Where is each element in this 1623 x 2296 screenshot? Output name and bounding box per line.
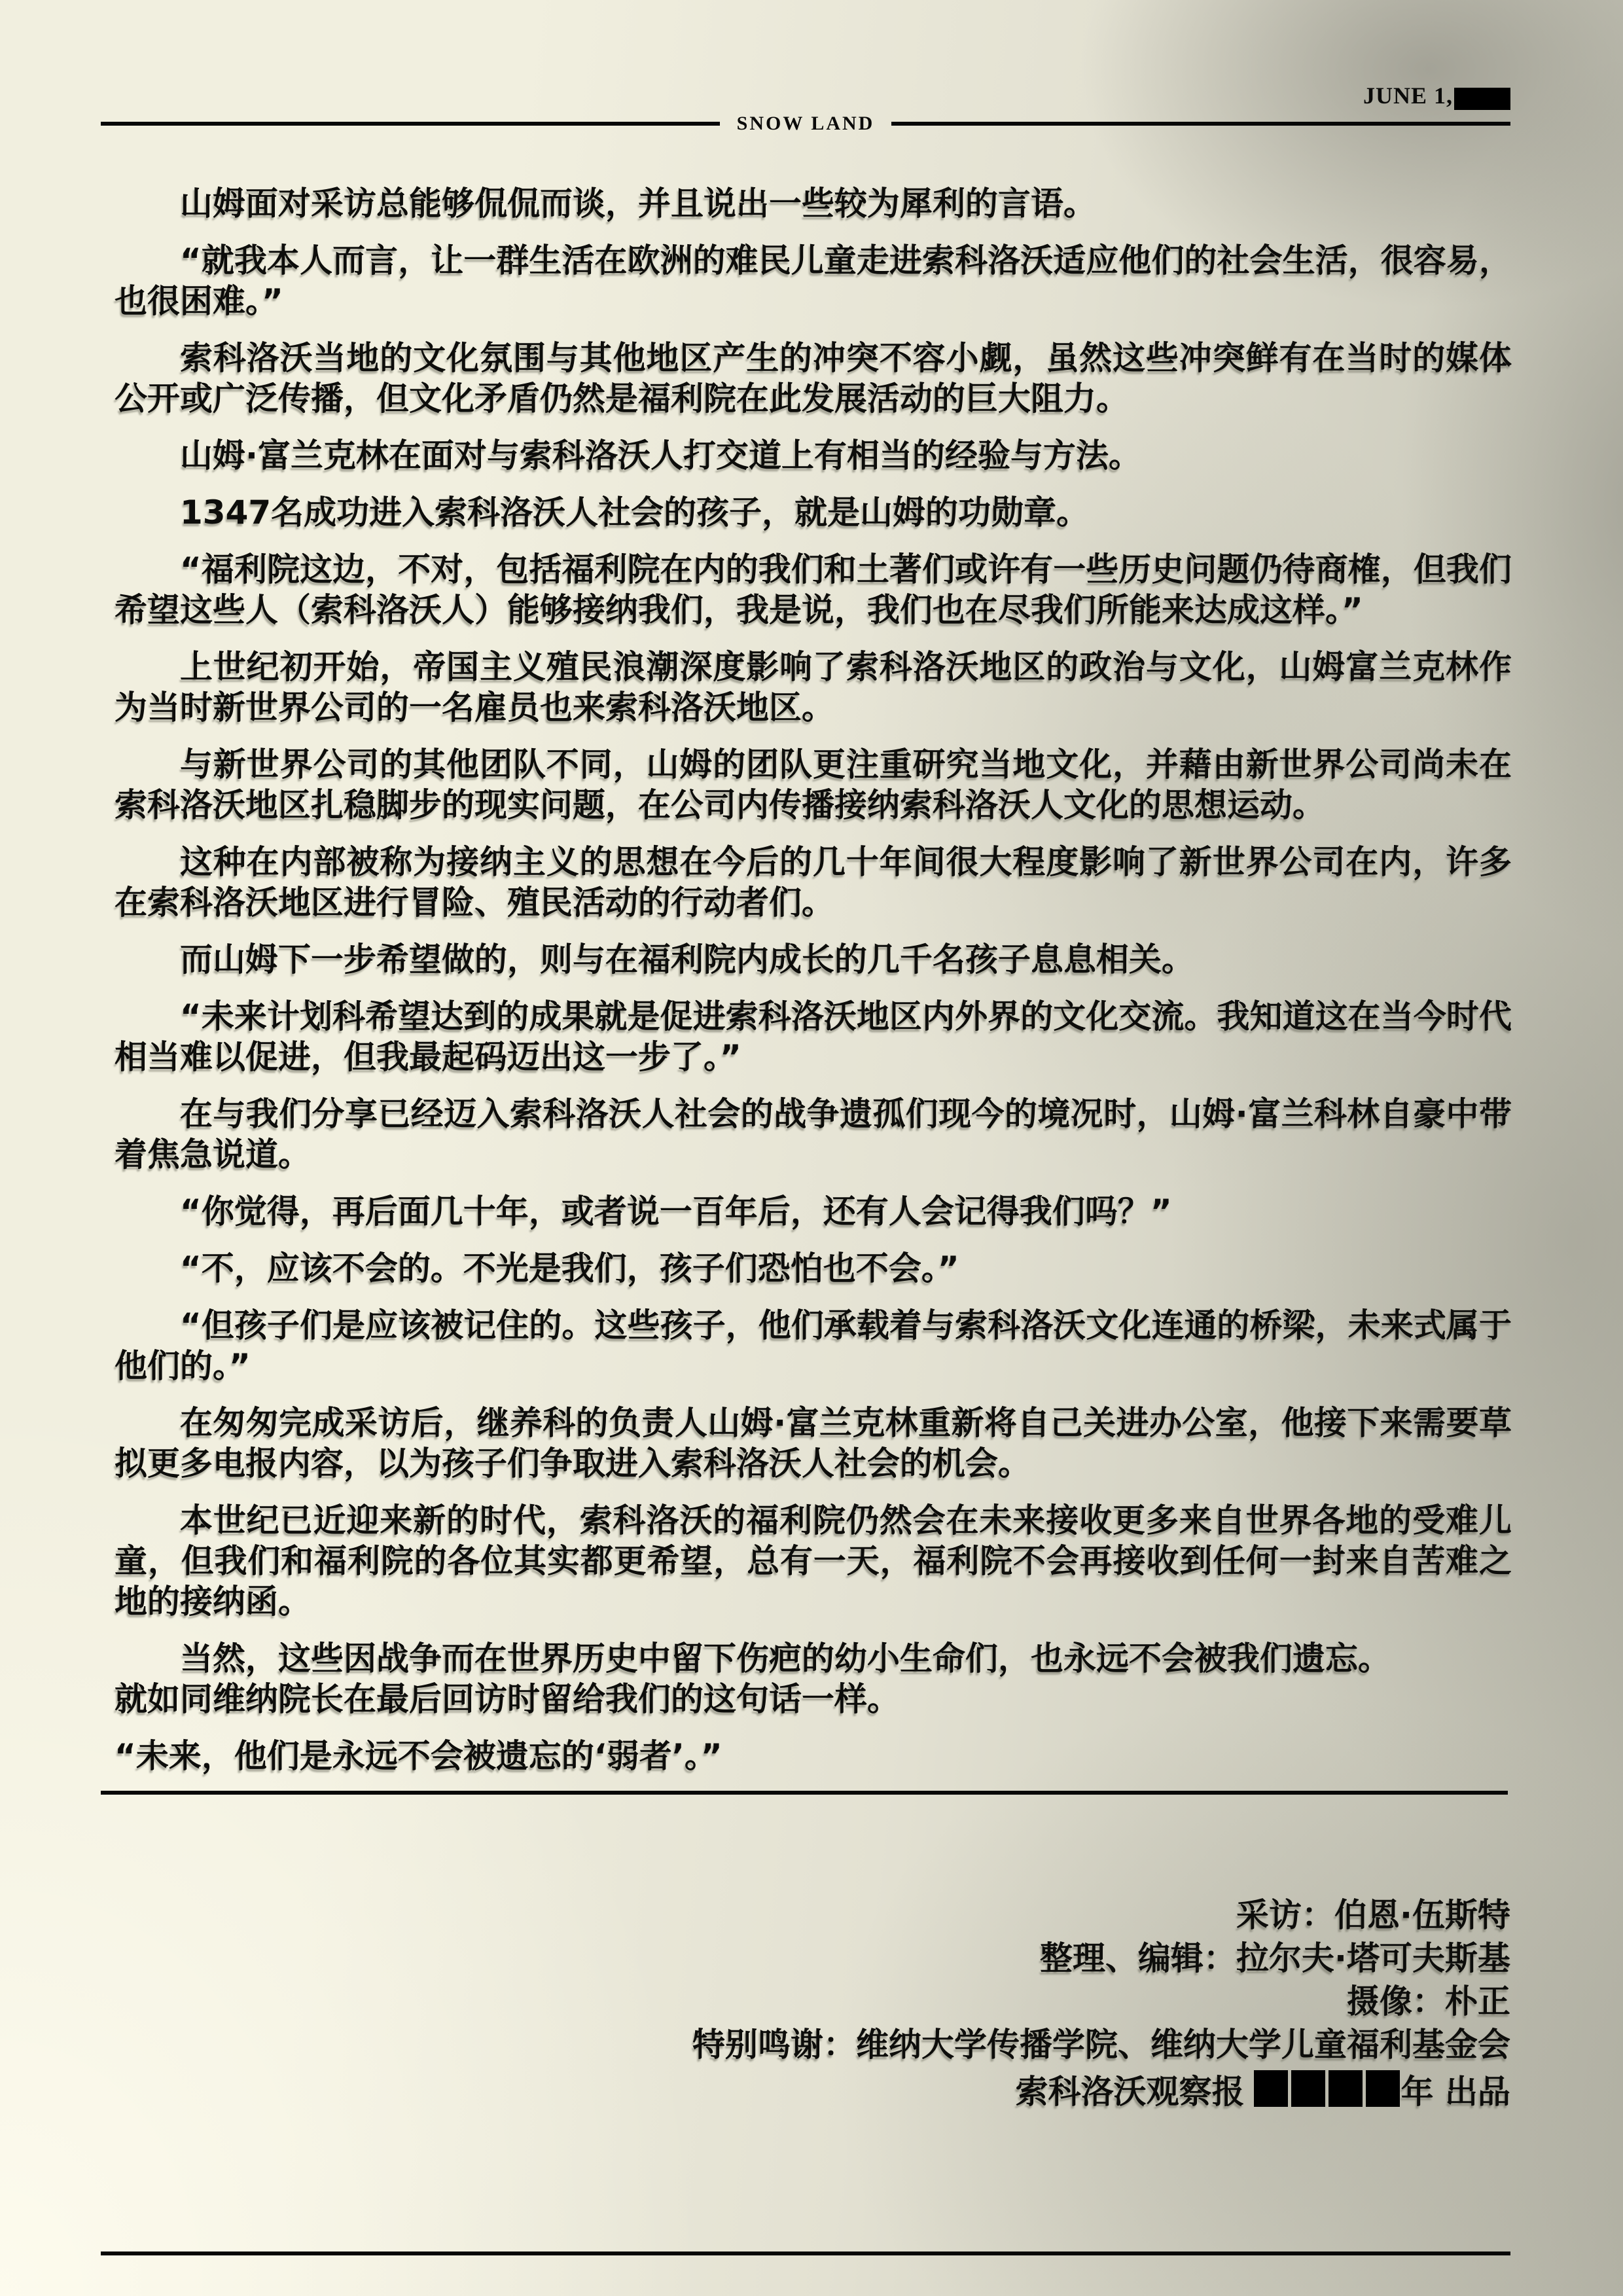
publisher-name: 索科洛沃观察报 [1016, 2073, 1245, 2111]
header-date: JUNE 1, [1363, 82, 1510, 109]
paragraph: “未来计划科希望达到的成果就是促进索科洛沃地区内外界的文化交流。我知道这在当今时… [115, 996, 1512, 1077]
bottom-rule [101, 2251, 1510, 2255]
paragraph: 山姆·富兰克林在面对与索科洛沃人打交道上有相当的经验与方法。 [115, 435, 1512, 476]
publisher-line: 索科洛沃观察报年 出品 [115, 2066, 1510, 2113]
paragraph: 山姆面对采访总能够侃侃而谈，并且说出一些较为犀利的言语。 [115, 183, 1512, 224]
publisher-suffix: 年 出品 [1401, 2073, 1510, 2111]
credits-block: 采访：伯恩·伍斯特 整理、编辑：拉尔夫·塔可夫斯基 摄像：朴正 特别鸣谢：维纳大… [115, 1893, 1510, 2113]
redacted-year-block [1291, 2070, 1325, 2107]
paragraph: 索科洛沃当地的文化氛围与其他地区产生的冲突不容小觑，虽然这些冲突鲜有在当时的媒体… [115, 338, 1512, 419]
paragraph: “就我本人而言，让一群生活在欧洲的难民儿童走进索科洛沃适应他们的社会生活，很容易… [115, 240, 1512, 321]
document-page: JUNE 1, SNOW LAND 山姆面对采访总能够侃侃而谈，并且说出一些较为… [0, 0, 1623, 2296]
paragraph: 与新世界公司的其他团队不同，山姆的团队更注重研究当地文化，并藉由新世界公司尚未在… [115, 744, 1512, 825]
paragraph: 上世纪初开始，帝国主义殖民浪潮深度影响了索科洛沃地区的政治与文化，山姆富兰克林作… [115, 647, 1512, 728]
paragraph: 在与我们分享已经迈入索科洛沃人社会的战争遗孤们现今的境况时，山姆·富兰科林自豪中… [115, 1094, 1512, 1175]
paragraph: 这种在内部被称为接纳主义的思想在今后的几十年间很大程度影响了新世界公司在内，许多… [115, 842, 1512, 923]
divider-rule [101, 1791, 1508, 1795]
date-label: JUNE 1, [1363, 82, 1453, 109]
article-body: 山姆面对采访总能够侃侃而谈，并且说出一些较为犀利的言语。 “就我本人而言，让一群… [115, 183, 1512, 1793]
paragraph: “但孩子们是应该被记住的。这些孩子，他们承载着与索科洛沃文化连通的桥梁，未来式属… [115, 1305, 1512, 1386]
paragraph: 而山姆下一步希望做的，则与在福利院内成长的几千名孩子息息相关。 [115, 939, 1512, 980]
masthead-title: SNOW LAND [720, 113, 892, 135]
header-rule: SNOW LAND [101, 113, 1510, 135]
paragraph: “你觉得，再后面几十年，或者说一百年后，还有人会记得我们吗？” [115, 1191, 1512, 1232]
header-rule-right-segment [891, 122, 1510, 126]
paragraph: “福利院这边，不对，包括福利院在内的我们和土著们或许有一些历史问题仍待商榷，但我… [115, 549, 1512, 630]
paragraph: 本世纪已近迎来新的时代，索科洛沃的福利院仍然会在未来接收更多来自世界各地的受难儿… [115, 1500, 1512, 1622]
paragraph: 在匆匆完成采访后，继养科的负责人山姆·富兰克林重新将自己关进办公室，他接下来需要… [115, 1403, 1512, 1484]
redacted-year-block [1329, 2070, 1363, 2107]
paragraph: 当然，这些因战争而在世界历史中留下伤疤的幼小生命们，也永远不会被我们遗忘。 就如… [115, 1638, 1512, 1719]
redacted-date-block [1454, 88, 1510, 110]
credit-line-editor: 整理、编辑：拉尔夫·塔可夫斯基 [115, 1937, 1510, 1980]
redacted-year-block [1366, 2070, 1400, 2107]
credit-line-photographer: 摄像：朴正 [115, 1980, 1510, 2023]
paragraph: 1347名成功进入索科洛沃人社会的孩子，就是山姆的功勋章。 [115, 492, 1512, 533]
redacted-year-block [1254, 2070, 1288, 2107]
header-rule-left-segment [101, 122, 720, 126]
final-quote-paragraph: “未来，他们是永远不会被遗忘的‘弱者’。” [115, 1736, 1512, 1776]
credit-line-thanks: 特别鸣谢：维纳大学传播学院、维纳大学儿童福利基金会 [115, 2023, 1510, 2066]
credit-line-interviewer: 采访：伯恩·伍斯特 [115, 1893, 1510, 1937]
paragraph: “不，应该不会的。不光是我们，孩子们恐怕也不会。” [115, 1248, 1512, 1289]
redacted-year [1254, 2070, 1400, 2107]
